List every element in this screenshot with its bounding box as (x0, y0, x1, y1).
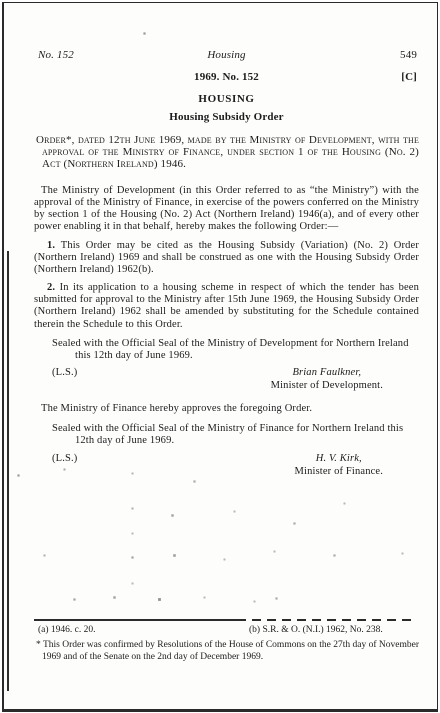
article-1-number: 1. (47, 240, 55, 251)
instrument-number: 1969. No. 152 (194, 71, 259, 83)
signature-block: H. V. Kirk, Minister of Finance. (295, 453, 383, 478)
rule-solid-segment (34, 619, 246, 621)
sealing-clause-finance: Sealed with the Official Seal of the Min… (75, 423, 419, 448)
footnote-separator-rule (34, 619, 419, 621)
article-2: 2. In its application to a housing schem… (34, 282, 419, 331)
signature-block: Brian Faulkner, Minister of Development. (271, 367, 383, 392)
running-head-order-number: No. 152 (38, 49, 74, 61)
footnote-citations: (a) 1946. c. 20. (b) S.R. & O. (N.I.) 19… (34, 625, 419, 637)
article-1: 1. This Order may be cited as the Housin… (34, 240, 419, 277)
signatory-name: Brian Faulkner, (292, 367, 361, 378)
signature-finance: (L.S.) H. V. Kirk, Minister of Finance. (34, 453, 419, 479)
page-number: 549 (400, 49, 417, 61)
recital-paragraph: The Ministry of Development (in this Ord… (34, 185, 419, 234)
article-1-text: This Order may be cited as the Housing S… (34, 240, 419, 276)
sealing-clause-development: Sealed with the Official Seal of the Min… (75, 338, 419, 363)
article-2-number: 2. (47, 282, 55, 293)
signatory-name: H. V. Kirk, (316, 453, 362, 464)
rule-dashed-segment (252, 619, 413, 621)
section-title: HOUSING (34, 93, 419, 105)
order-title: Housing Subsidy Order (34, 111, 419, 123)
running-head-subject: Housing (34, 49, 419, 61)
preamble-paragraph: Order*, dated 12th June 1969, made by th… (34, 135, 419, 170)
running-head: No. 152 Housing 549 (34, 49, 419, 61)
seal-locus-sigilli: (L.S.) (52, 367, 77, 379)
footnotes-section: (a) 1946. c. 20. (b) S.R. & O. (N.I.) 19… (4, 619, 437, 663)
document-page: No. 152 Housing 549 1969. No. 152 [C] HO… (2, 2, 438, 712)
instrument-number-line: 1969. No. 152 [C] (34, 71, 419, 83)
seal-locus-sigilli: (L.S.) (52, 453, 77, 465)
signatory-title: Minister of Finance. (295, 466, 383, 477)
signatory-title: Minister of Development. (271, 380, 383, 391)
article-2-text: In its application to a housing scheme i… (34, 282, 419, 330)
footnote-b: (b) S.R. & O. (N.I.) 1962, No. 238. (249, 625, 383, 637)
footnote-a: (a) 1946. c. 20. (38, 625, 96, 637)
footnote-confirmation: * This Order was confirmed by Resolution… (34, 640, 419, 663)
classification-mark: [C] (401, 71, 417, 83)
page-content: No. 152 Housing 549 1969. No. 152 [C] HO… (4, 3, 437, 479)
signature-development: (L.S.) Brian Faulkner, Minister of Devel… (34, 367, 419, 393)
approval-paragraph: The Ministry of Finance hereby approves … (34, 403, 419, 415)
